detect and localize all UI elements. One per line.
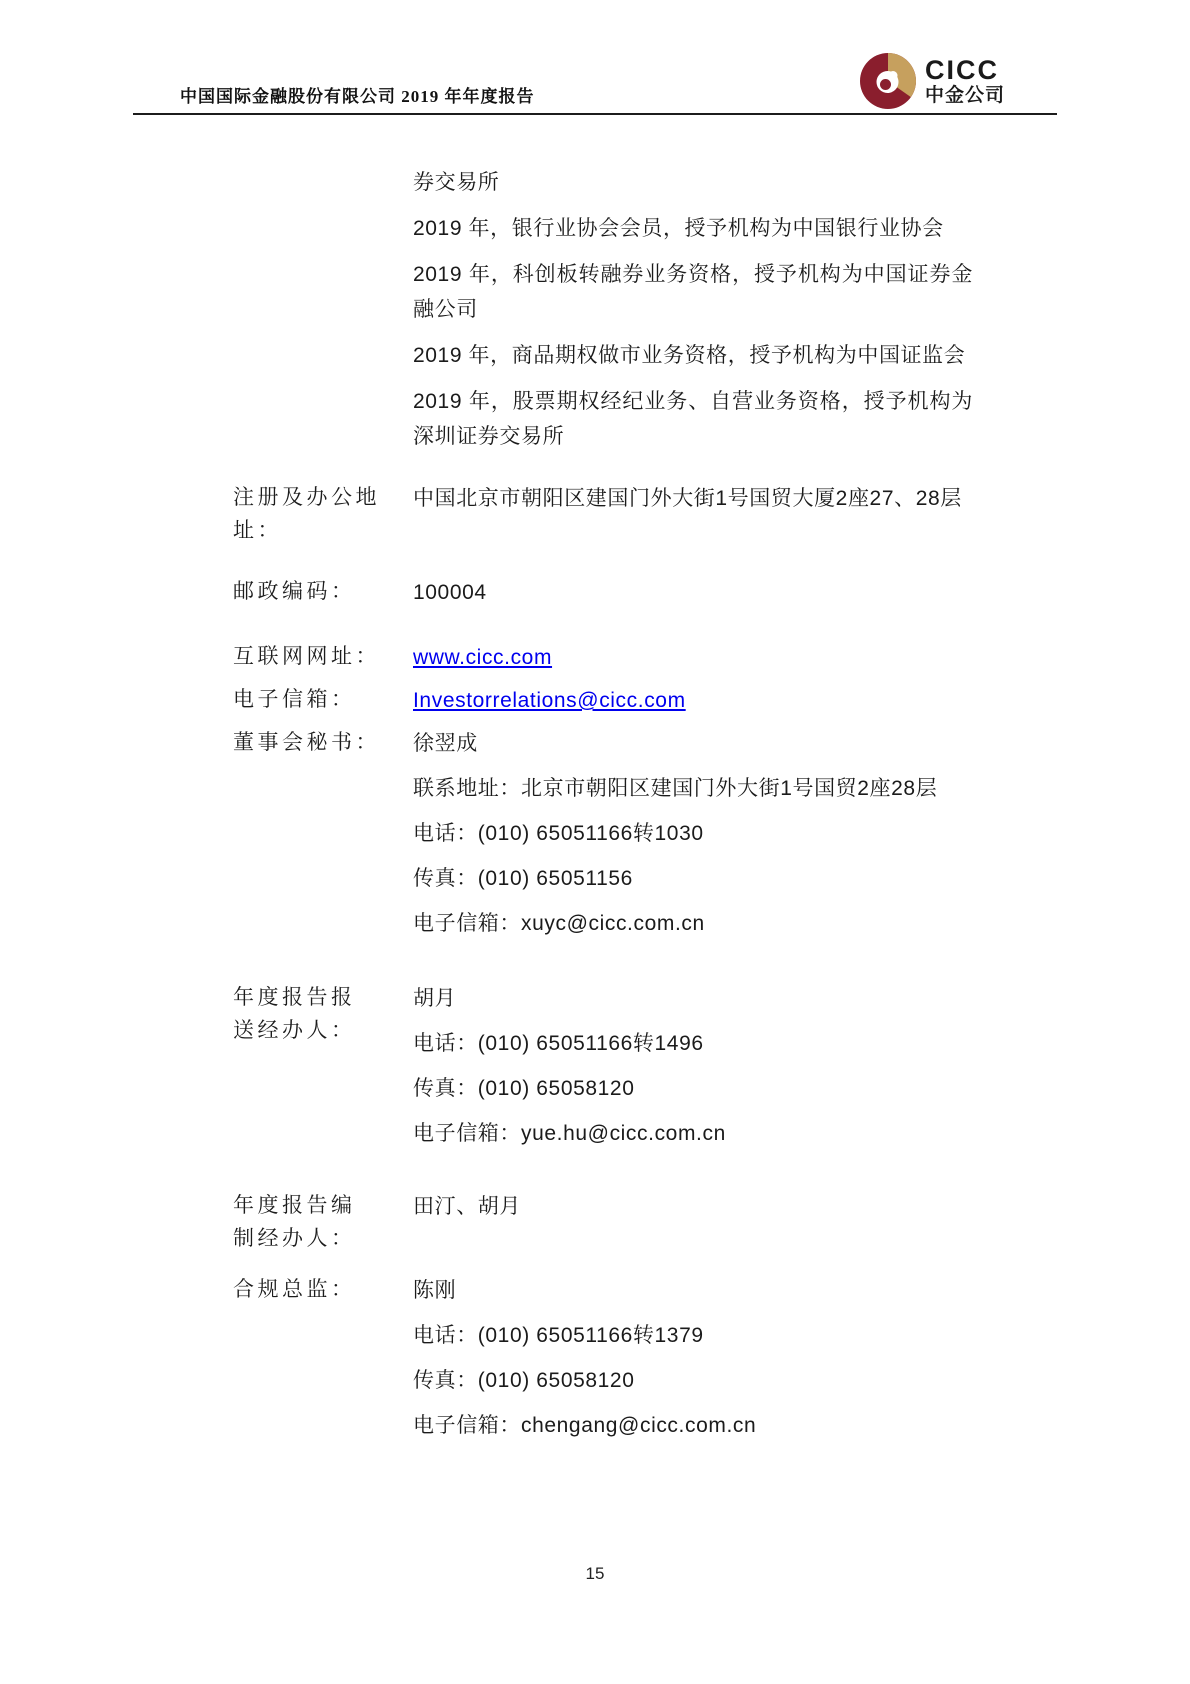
info-row-label: 董事会秘书： [233,726,413,759]
info-row: 董事会秘书：徐翌成联系地址：北京市朝阳区建国门外大街1号国贸2座28层电话：(0… [233,726,973,941]
info-row: 券交易所2019 年，银行业协会会员，授予机构为中国银行业协会2019 年，科创… [233,165,973,465]
info-paragraph: 2019 年，科创板转融券业务资格，授予机构为中国证券金融公司 [413,257,973,327]
info-paragraph: 电子信箱：chengang@cicc.com.cn [413,1408,973,1443]
info-paragraph: 陈刚 [413,1273,973,1308]
info-row: 互联网网址：www.cicc.com [233,640,973,675]
info-paragraph: 传真：(010) 65051156 [413,861,973,896]
info-paragraph: 100004 [413,575,973,610]
website-link[interactable]: www.cicc.com [413,646,552,669]
page-header: 中国国际金融股份有限公司 2019 年年度报告 CICC 中金公司 [0,0,1190,115]
info-row-value: Investorrelations@cicc.com [413,683,973,718]
info-row: 电子信箱：Investorrelations@cicc.com [233,683,973,718]
logo-brand-cn: 中金公司 [925,86,1005,105]
page-number: 15 [0,1563,1190,1585]
info-paragraph: 2019 年，商品期权做市业务资格，授予机构为中国证监会 [413,338,973,373]
info-row-value: 中国北京市朝阳区建国门外大街1号国贸大厦2座27、28层 [413,481,973,516]
info-row-value: 陈刚电话：(010) 65051166转1379传真：(010) 6505812… [413,1273,973,1443]
report-page: 中国国际金融股份有限公司 2019 年年度报告 CICC 中金公司 券交易所20… [0,0,1190,1684]
info-paragraph: Investorrelations@cicc.com [413,683,973,718]
info-paragraph: 传真：(010) 65058120 [413,1363,973,1398]
info-row-label: 注册及办公地 址： [233,481,413,547]
info-paragraph: 中国北京市朝阳区建国门外大街1号国贸大厦2座27、28层 [413,481,973,516]
info-paragraph: 田汀、胡月 [413,1189,973,1224]
info-paragraph: 传真：(010) 65058120 [413,1071,973,1106]
info-row-value: 胡月电话：(010) 65051166转1496传真：(010) 6505812… [413,981,973,1151]
info-row: 年度报告编 制经办人：田汀、胡月 [233,1189,973,1255]
info-row-value: 券交易所2019 年，银行业协会会员，授予机构为中国银行业协会2019 年，科创… [413,165,973,465]
info-row: 邮政编码：100004 [233,575,973,610]
info-row-label: 年度报告报 送经办人： [233,981,413,1047]
info-row-label: 邮政编码： [233,575,413,608]
info-row-value: 100004 [413,575,973,610]
info-row-label: 合规总监： [233,1273,413,1306]
info-paragraph: 2019 年，银行业协会会员，授予机构为中国银行业协会 [413,211,973,246]
info-paragraph: 电话：(010) 65051166转1379 [413,1318,973,1353]
info-paragraph: 券交易所 [413,165,973,200]
info-paragraph: 电话：(010) 65051166转1030 [413,816,973,851]
info-paragraph: www.cicc.com [413,640,973,675]
info-paragraph: 电话：(010) 65051166转1496 [413,1026,973,1061]
info-row-value: www.cicc.com [413,640,973,675]
info-row-value: 徐翌成联系地址：北京市朝阳区建国门外大街1号国贸2座28层电话：(010) 65… [413,726,973,941]
info-paragraph: 胡月 [413,981,973,1016]
info-row-label: 年度报告编 制经办人： [233,1189,413,1255]
info-paragraph: 电子信箱：yue.hu@cicc.com.cn [413,1116,973,1151]
info-paragraph: 联系地址：北京市朝阳区建国门外大街1号国贸2座28层 [413,771,973,806]
info-row: 注册及办公地 址：中国北京市朝阳区建国门外大街1号国贸大厦2座27、28层 [233,481,973,547]
info-rows: 券交易所2019 年，银行业协会会员，授予机构为中国银行业协会2019 年，科创… [233,165,973,1443]
report-title: 中国国际金融股份有限公司 2019 年年度报告 [180,82,535,107]
info-row-value: 田汀、胡月 [413,1189,973,1224]
company-info-section: 券交易所2019 年，银行业协会会员，授予机构为中国银行业协会2019 年，科创… [233,115,973,1443]
info-paragraph: 徐翌成 [413,726,973,761]
info-paragraph: 电子信箱：xuyc@cicc.com.cn [413,906,973,941]
info-row-label: 电子信箱： [233,683,413,716]
info-row: 合规总监：陈刚电话：(010) 65051166转1379传真：(010) 65… [233,1273,973,1443]
info-row: 年度报告报 送经办人：胡月电话：(010) 65051166转1496传真：(0… [233,981,973,1151]
cicc-logo-text: CICC 中金公司 [925,57,1005,105]
logo-brand-latin: CICC [925,57,1005,84]
info-row-label: 互联网网址： [233,640,413,673]
cicc-logo-icon [860,53,916,109]
email-link[interactable]: Investorrelations@cicc.com [413,689,686,712]
info-paragraph: 2019 年，股票期权经纪业务、自营业务资格，授予机构为深圳证券交易所 [413,384,973,454]
cicc-logo: CICC 中金公司 [860,53,1005,109]
